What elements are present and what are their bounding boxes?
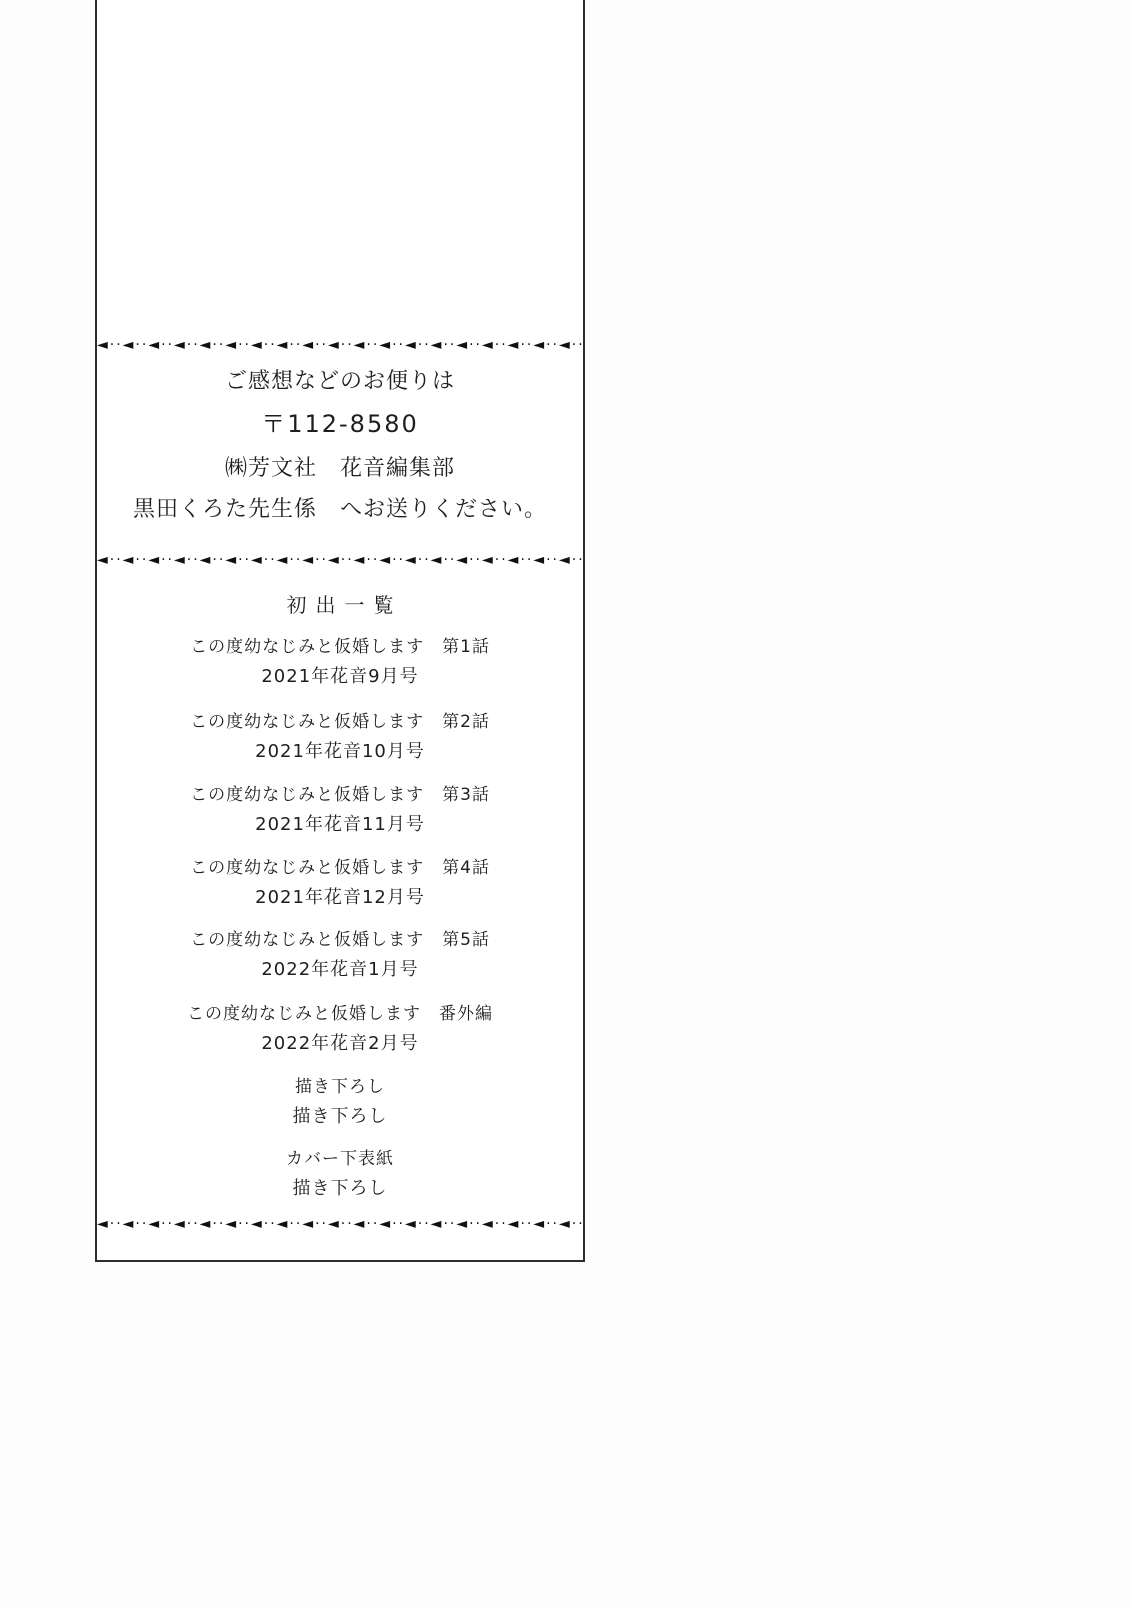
publication-entry: カバー下表紙 描き下ろし xyxy=(97,1144,583,1204)
publication-entry: この度幼なじみと仮婚します 第3話 2021年花音11月号 xyxy=(97,780,583,840)
issue-label: 2021年花音12月号 xyxy=(97,883,583,913)
colophon-frame: ◄··◄··◄··◄··◄··◄··◄··◄··◄··◄··◄··◄··◄··◄… xyxy=(95,0,585,1262)
issue-label: 2021年花音10月号 xyxy=(97,737,583,767)
publisher-text: ㈱芳文社 花音編集部 xyxy=(97,452,583,486)
work-title: カバー下表紙 xyxy=(97,1144,583,1174)
arrow-divider-ornament: ◄··◄··◄··◄··◄··◄··◄··◄··◄··◄··◄··◄··◄··◄… xyxy=(97,335,583,355)
work-title: この度幼なじみと仮婚します 第3話 xyxy=(97,780,583,810)
issue-label: 描き下ろし xyxy=(97,1102,583,1132)
issue-label: 2022年花音2月号 xyxy=(97,1029,583,1059)
publication-entry: 描き下ろし 描き下ろし xyxy=(97,1072,583,1132)
arrow-divider-ornament: ◄··◄··◄··◄··◄··◄··◄··◄··◄··◄··◄··◄··◄··◄… xyxy=(97,1214,583,1234)
publication-entry: この度幼なじみと仮婚します 第5話 2022年花音1月号 xyxy=(97,925,583,985)
publication-entry: この度幼なじみと仮婚します 第4話 2021年花音12月号 xyxy=(97,853,583,913)
work-title: この度幼なじみと仮婚します 番外編 xyxy=(97,999,583,1029)
publication-entry: この度幼なじみと仮婚します 第1話 2021年花音9月号 xyxy=(97,632,583,692)
work-title: この度幼なじみと仮婚します 第4話 xyxy=(97,853,583,883)
arrow-divider-ornament: ◄··◄··◄··◄··◄··◄··◄··◄··◄··◄··◄··◄··◄··◄… xyxy=(97,550,583,570)
work-title: この度幼なじみと仮婚します 第2話 xyxy=(97,707,583,737)
first-publication-heading: 初出一覧 xyxy=(97,590,583,620)
work-title: この度幼なじみと仮婚します 第5話 xyxy=(97,925,583,955)
issue-label: 描き下ろし xyxy=(97,1174,583,1204)
colophon-page: { "frame": { "divider_pattern": "◄··◄··◄… xyxy=(0,0,1131,1608)
issue-label: 2021年花音11月号 xyxy=(97,810,583,840)
recipient-text: 黒田くろた先生係 へお送りください。 xyxy=(97,493,583,527)
contact-intro-text: ご感想などのお便りは xyxy=(97,365,583,399)
postal-code-text: 〒112-8580 xyxy=(97,407,583,441)
work-title: この度幼なじみと仮婚します 第1話 xyxy=(97,632,583,662)
publication-entry: この度幼なじみと仮婚します 第2話 2021年花音10月号 xyxy=(97,707,583,767)
issue-label: 2022年花音1月号 xyxy=(97,955,583,985)
work-title: 描き下ろし xyxy=(97,1072,583,1102)
publication-entry: この度幼なじみと仮婚します 番外編 2022年花音2月号 xyxy=(97,999,583,1059)
issue-label: 2021年花音9月号 xyxy=(97,662,583,692)
